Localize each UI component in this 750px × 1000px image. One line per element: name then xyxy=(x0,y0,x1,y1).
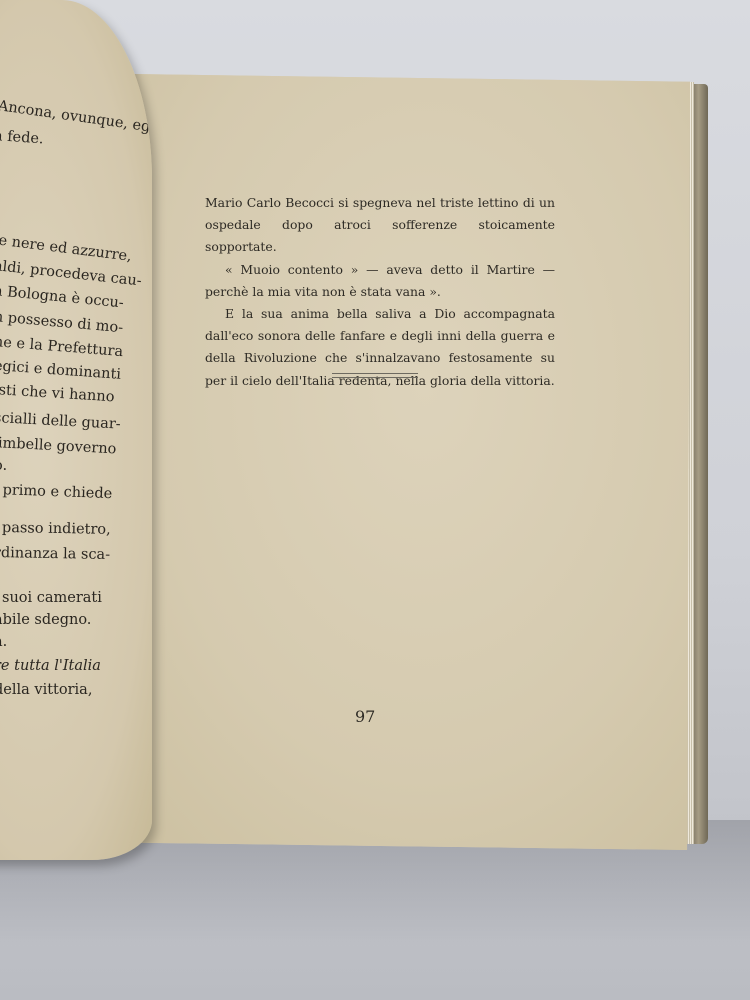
left-line: a Bologna è occu- xyxy=(0,283,124,311)
left-line: isti che vi hanno xyxy=(0,382,115,405)
left-line: re tutta l'Italia xyxy=(0,658,101,674)
left-line: della vittoria, xyxy=(0,682,92,698)
right-page xyxy=(102,74,690,850)
section-divider-rule xyxy=(332,373,418,378)
left-line: o. xyxy=(0,458,7,474)
left-line: n possesso di mo- xyxy=(0,309,124,336)
paragraph-3: E la sua anima bella saliva a Dio accomp… xyxy=(205,303,555,392)
left-line: scialli delle guar- xyxy=(0,410,121,433)
left-line: passo indietro, xyxy=(2,520,111,538)
left-line: ' primo e chiede xyxy=(0,482,112,502)
book-back-cover xyxy=(692,84,708,844)
left-line: a. xyxy=(0,634,7,650)
paragraph-1: Mario Carlo Becocci si spegneva nel tris… xyxy=(205,192,555,259)
left-line: a fede. xyxy=(0,128,44,147)
left-page: Ancona, ovunque, egli a fede. ie nere ed… xyxy=(0,0,152,860)
page-number: 97 xyxy=(355,707,375,726)
left-page-text: Ancona, ovunque, egli a fede. ie nere ed… xyxy=(0,0,152,860)
left-line: egici e dominanti xyxy=(0,358,121,383)
left-line: ne e la Prefettura xyxy=(0,334,124,360)
left-line: rdinanza la sca- xyxy=(0,545,110,563)
right-page-text: Mario Carlo Becocci si spegneva nel tris… xyxy=(205,192,555,392)
left-line: suoi camerati xyxy=(2,590,102,606)
left-line: 'imbelle governo xyxy=(0,435,117,457)
left-line: abile sdegno. xyxy=(0,612,91,628)
paragraph-2: « Muoio contento » — aveva detto il Mart… xyxy=(205,259,555,303)
